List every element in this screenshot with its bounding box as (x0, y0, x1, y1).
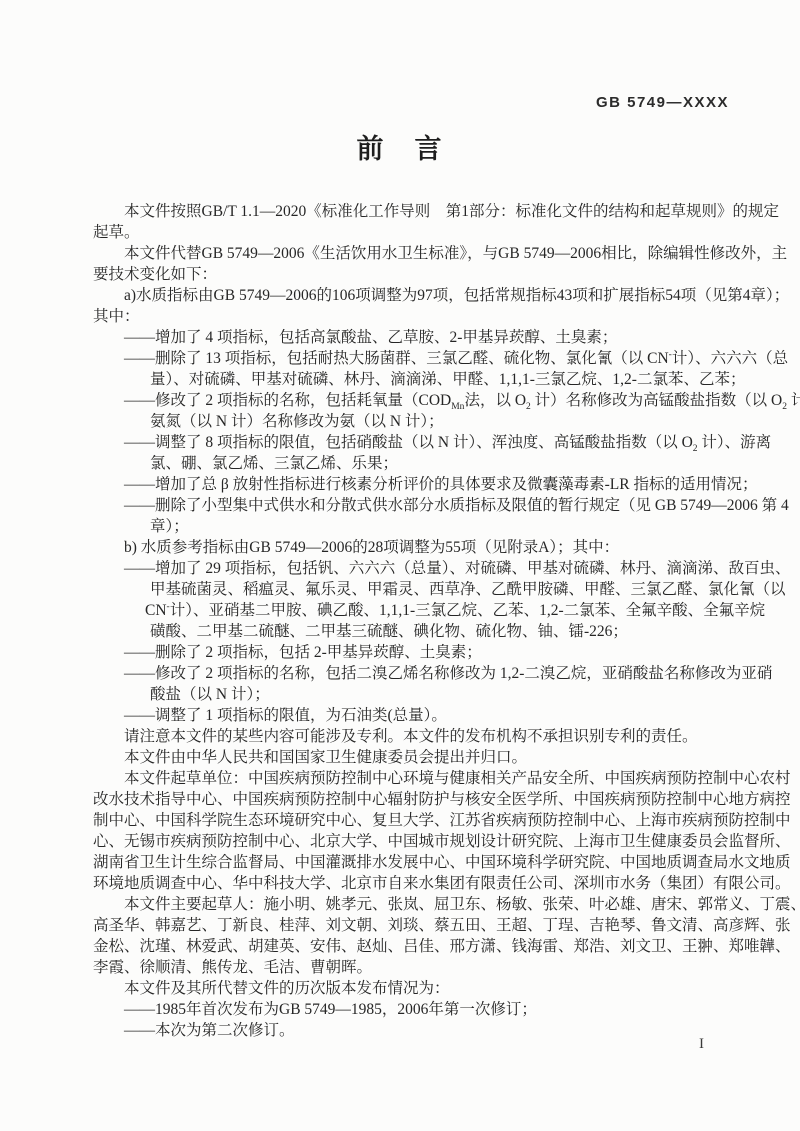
text-line: ——删除了 13 项指标，包括耐热大肠菌群、三氯乙醛、硫化物、氯化氰（以 CN-… (93, 348, 721, 369)
text-line: ——增加了总 β 放射性指标进行核素分析评价的具体要求及微囊藻毒素-LR 指标的… (93, 474, 721, 495)
text-line: 酸盐（以 N 计）； (93, 684, 721, 705)
text-line: 高圣华、韩嘉艺、丁新良、桂萍、刘文朝、刘琰、蔡五田、王超、丁珵、吉艳琴、鲁文清、… (93, 915, 721, 936)
text-line: 其中： (93, 306, 721, 327)
text-line: 环境地质调查中心、华中科技大学、北京市自来水集团有限责任公司、深圳市水务（集团）… (93, 873, 721, 894)
text-line: ——调整了 1 项指标的限值，为石油类(总量）。 (93, 705, 721, 726)
text-line: 制中心、中国科学院生态环境研究中心、复旦大学、江苏省疾病预防控制中心、上海市疾病… (93, 810, 721, 831)
document-page: GB 5749—XXXX 前 言 本文件按照GB/T 1.1—2020《标准化工… (0, 0, 800, 1131)
foreword-title: 前 言 (0, 127, 800, 166)
text-line: CN-计）、亚硝基二甲胺、碘乙酸、1,1,1-三氯乙烷、乙苯、1,2-二氯苯、全… (93, 600, 721, 621)
text-line: 甲基硫菌灵、稻瘟灵、氟乐灵、甲霜灵、西草净、乙酰甲胺磷、甲醛、三氯乙醛、氯化氰（… (93, 579, 721, 600)
text-line: 磺酸、二甲基二硫醚、二甲基三硫醚、碘化物、硫化物、铀、镭-226； (93, 621, 721, 642)
text-line: ——增加了 29 项指标，包括钒、六六六（总量）、对硫磷、甲基对硫磷、林丹、滴滴… (93, 558, 721, 579)
text-line: 要技术变化如下： (93, 264, 721, 285)
text-line: ——1985年首次发布为GB 5749—1985，2006年第一次修订； (93, 999, 721, 1020)
text-line: 氯、硼、氯乙烯、三氯乙烯、乐果； (93, 453, 721, 474)
text-line: 起草。 (93, 222, 721, 243)
text-line: ——修改了 2 项指标的名称，包括二溴乙烯名称修改为 1,2-二溴乙烷，亚硝酸盐… (93, 663, 721, 684)
text-line: 本文件及其所代替文件的历次版本发布情况为： (93, 978, 721, 999)
text-line: 本文件主要起草人：施小明、姚孝元、张岚、屈卫东、杨敏、张荣、叶必雄、唐宋、郭常义… (93, 894, 721, 915)
text-line: b) 水质参考指标由GB 5749—2006的28项调整为55项（见附录A）；其… (93, 537, 721, 558)
text-line: ——删除了 2 项指标，包括 2-甲基异莰醇、土臭素； (93, 642, 721, 663)
text-line: a)水质指标由GB 5749—2006的106项调整为97项，包括常规指标43项… (93, 285, 721, 306)
text-line: ——本次为第二次修订。 (93, 1020, 721, 1041)
document-body: 本文件按照GB/T 1.1—2020《标准化工作导则 第1部分：标准化文件的结构… (93, 201, 721, 1041)
text-line: 本文件代替GB 5749—2006《生活饮用水卫生标准》，与GB 5749—20… (93, 243, 721, 264)
text-line: 李霞、徐顺清、熊传龙、毛洁、曹朝晖。 (93, 957, 721, 978)
text-line: 心、无锡市疾病预防控制中心、北京大学、中国城市规划设计研究院、上海市卫生健康委员… (93, 831, 721, 852)
page-number: I (699, 1036, 704, 1053)
text-line: 本文件起草单位：中国疾病预防控制中心环境与健康相关产品安全所、中国疾病预防控制中… (93, 768, 721, 789)
text-line: ——调整了 8 项指标的限值，包括硝酸盐（以 N 计）、浑浊度、高锰酸盐指数（以… (93, 432, 721, 453)
standard-number: GB 5749—XXXX (596, 94, 729, 111)
text-line: 本文件由中华人民共和国国家卫生健康委员会提出并归口。 (93, 747, 721, 768)
text-line: 请注意本文件的某些内容可能涉及专利。本文件的发布机构不承担识别专利的责任。 (93, 726, 721, 747)
text-line: ——删除了小型集中式供水和分散式供水部分水质指标及限值的暂行规定（见 GB 57… (93, 495, 721, 516)
text-line: 湖南省卫生计生综合监督局、中国灌溉排水发展中心、中国环境科学研究院、中国地质调查… (93, 852, 721, 873)
text-line: 氨氮（以 N 计）名称修改为氨（以 N 计）； (93, 411, 721, 432)
text-line: 量）、对硫磷、甲基对硫磷、林丹、滴滴涕、甲醛、1,1,1-三氯乙烷、1,2-二氯… (93, 369, 721, 390)
text-line: 本文件按照GB/T 1.1—2020《标准化工作导则 第1部分：标准化文件的结构… (93, 201, 721, 222)
text-line: 金松、沈瑾、林爱武、胡建英、安伟、赵灿、吕佳、邢方潇、钱海雷、郑浩、刘文卫、王翀… (93, 936, 721, 957)
text-line: ——增加了 4 项指标，包括高氯酸盐、乙草胺、2-甲基异莰醇、土臭素； (93, 327, 721, 348)
text-line: ——修改了 2 项指标的名称，包括耗氧量（CODMn法，以 O2 计）名称修改为… (93, 390, 721, 411)
text-line: 章）； (93, 516, 721, 537)
text-line: 改水技术指导中心、中国疾病预防控制中心辐射防护与核安全医学所、中国疾病预防控制中… (93, 789, 721, 810)
